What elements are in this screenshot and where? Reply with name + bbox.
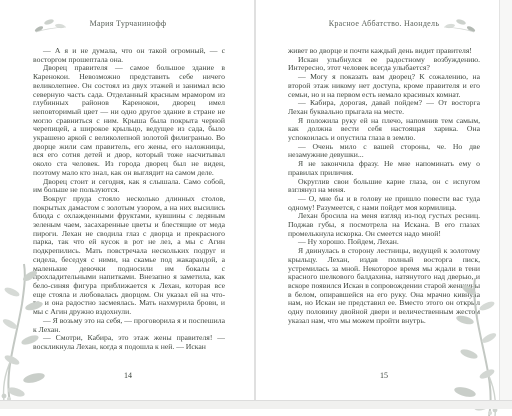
book-spread: Мария Турчанинофф — А я и не думала, что… <box>0 0 512 409</box>
right-page[interactable]: Красное Аббатство. Наондель живет во дво… <box>256 0 499 400</box>
leaf-flourish-icon <box>442 16 476 34</box>
running-header-author: Мария Турчанинофф <box>32 19 224 28</box>
paragraph: Округлив свои большие карие глаза, он с … <box>288 178 480 195</box>
paragraph: — О, мне бы и в голову не пришло повести… <box>288 195 480 212</box>
paragraph: Лехан бросила на меня взгляд из-под густ… <box>288 212 480 238</box>
left-page[interactable]: Мария Турчанинофф — А я и не думала, что… <box>0 0 254 400</box>
paragraph: — Могу я показать вам дворец? К сожалени… <box>288 73 480 99</box>
branch-flourish-icon <box>0 262 62 402</box>
paragraph: Дворец стоит и сегодня, как я слышала. С… <box>33 178 225 195</box>
paragraph: Я не закончила фразу. Не мне напоминать … <box>288 160 480 177</box>
paragraph: — Кабира, дорогая, давай пойдем? — От во… <box>288 99 480 116</box>
paragraph: Дворец правителя — самое большое здание … <box>33 64 225 177</box>
paragraph: Я положила руку ей на плечо, напомнив те… <box>288 117 480 143</box>
page-bottom-edge <box>0 400 512 409</box>
paragraph: — А я и не думала, что он такой огромный… <box>33 47 225 64</box>
paragraph: Искан улыбнулся ее радостному возбуждени… <box>288 56 480 73</box>
branch-flourish-icon <box>437 276 499 409</box>
page-seam-divider <box>254 0 256 400</box>
page-right-edge <box>499 0 512 400</box>
paragraph: — Очень мило с вашей стороны, че. Но две… <box>288 143 480 160</box>
